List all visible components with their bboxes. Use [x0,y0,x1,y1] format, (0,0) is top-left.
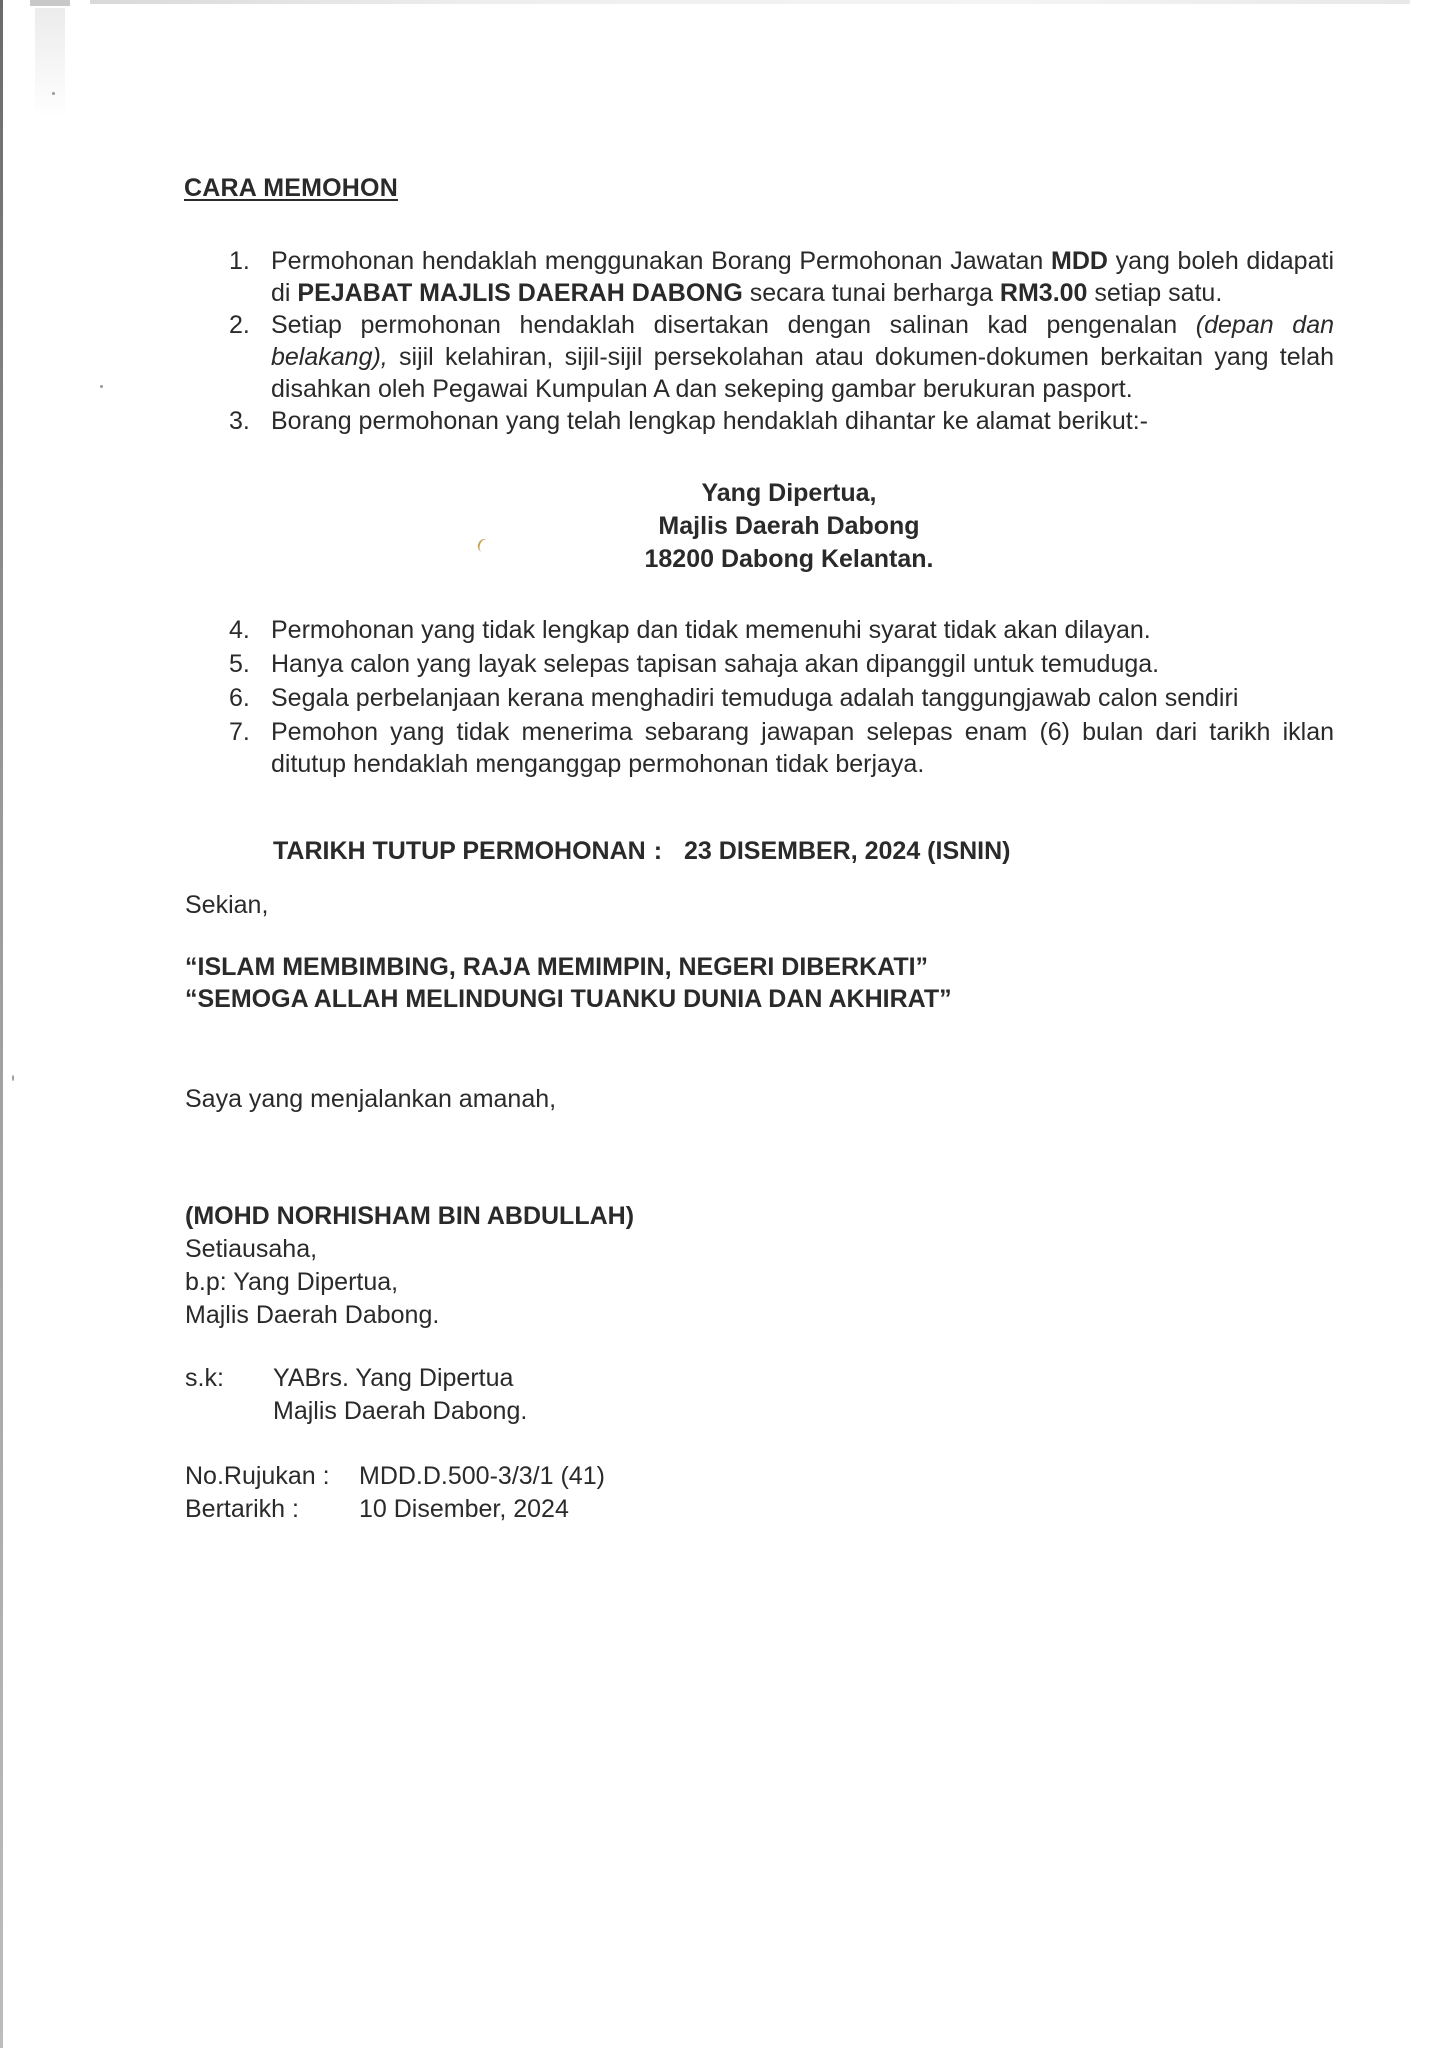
scan-blot [30,0,70,6]
item-number: 2. [229,309,250,341]
closing-word: Sekian, [184,889,1334,921]
closing-date: TARIKH TUTUP PERMOHONAN:23 DISEMBER, 202… [184,835,1334,867]
item-text: Permohonan yang tidak lengkap dan tidak … [271,616,1151,644]
condition-item-5: 5. Hanya calon yang layak selepas tapisa… [184,648,1334,680]
carbon-copy: s.k: YABrs. Yang Dipertua Majlis Daerah … [184,1362,1334,1428]
item-text: Setiap permohonan hendaklah disertakan d… [271,311,1334,403]
form-price: RM3.00 [1000,279,1088,307]
item-number: 5. [229,648,250,680]
condition-item-7: 7. Pemohon yang tidak menerima sebarang … [184,716,1334,780]
closing-date-label: TARIKH TUTUP PERMOHONAN [273,837,646,865]
item-number: 4. [229,614,250,646]
sign-off: Saya yang menjalankan amanah, [184,1083,1334,1115]
signatory-on-behalf: b.p: Yang Dipertua, [185,1266,1334,1299]
item-number: 3. [229,405,250,437]
signatory-title: Setiausaha, [185,1233,1334,1266]
reference-date-row: Bertarikh : 10 Disember, 2024 [185,1493,1334,1526]
scan-speck [100,385,103,388]
instructions-list: 1. Permohonan hendaklah menggunakan Bora… [184,245,1334,437]
date-label: Bertarikh : [185,1493,359,1526]
scan-edge-top [90,0,1410,4]
item-number: 1. [229,245,250,277]
office-name: PEJABAT MAJLIS DAERAH DABONG [297,279,742,307]
item-number: 7. [229,716,250,748]
scan-speck [12,1075,14,1081]
item-number: 6. [229,682,250,714]
text-segment: Permohonan hendaklah menggunakan Borang … [271,247,1051,275]
scan-edge-left [0,0,3,2048]
item-text: Hanya calon yang layak selepas tapisan s… [271,650,1159,678]
signatory-organization: Majlis Daerah Dabong. [185,1299,1334,1332]
reference-value: MDD.D.500-3/3/1 (41) [359,1460,605,1493]
date-value: 10 Disember, 2024 [359,1493,569,1526]
instruction-item-2: 2. Setiap permohonan hendaklah disertaka… [184,309,1334,405]
closing-date-separator: : [654,837,662,865]
instruction-item-1: 1. Permohonan hendaklah menggunakan Bora… [184,245,1334,309]
cc-line: Majlis Daerah Dabong. [273,1395,527,1428]
section-heading: CARA MEMOHON [184,172,1334,204]
text-segment: sijil kelahiran, sijil-sijil persekolaha… [271,343,1334,403]
closing-date-value: 23 DISEMBER, 2024 (ISNIN) [684,837,1011,865]
slogan-line: “ISLAM MEMBIMBING, RAJA MEMIMPIN, NEGERI… [185,951,1334,983]
document-page: CARA MEMOHON 1. Permohonan hendaklah men… [184,172,1334,1526]
slogan-line: “SEMOGA ALLAH MELINDUNGI TUANKU DUNIA DA… [185,983,1334,1015]
text-segment: Setiap permohonan hendaklah disertakan d… [271,311,1196,339]
text-segment-bold: MDD [1051,247,1108,275]
cc-label: s.k: [185,1362,273,1428]
item-text: Borang permohonan yang telah lengkap hen… [271,407,1148,435]
address-line: 18200 Dabong Kelantan. [244,543,1334,576]
item-text: Segala perbelanjaan kerana menghadiri te… [271,684,1238,712]
cc-line: YABrs. Yang Dipertua [273,1362,527,1395]
slogans: “ISLAM MEMBIMBING, RAJA MEMIMPIN, NEGERI… [184,951,1334,1015]
reference-label: No.Rujukan : [185,1460,359,1493]
address-line: Yang Dipertua, [244,477,1334,510]
scan-speck [52,92,55,95]
signatory-name: (MOHD NORHISHAM BIN ABDULLAH) [185,1200,1334,1233]
signatory-block: (MOHD NORHISHAM BIN ABDULLAH) Setiausaha… [184,1200,1334,1332]
cc-recipient: YABrs. Yang Dipertua Majlis Daerah Dabon… [273,1362,527,1428]
instruction-item-3: 3. Borang permohonan yang telah lengkap … [184,405,1334,437]
text-segment: setiap satu. [1087,279,1222,307]
scan-smudge [35,8,65,118]
reference-block: No.Rujukan : MDD.D.500-3/3/1 (41) Bertar… [184,1460,1334,1526]
item-text: Pemohon yang tidak menerima sebarang jaw… [271,718,1334,778]
mailing-address: Yang Dipertua, Majlis Daerah Dabong 1820… [184,477,1334,576]
reference-number-row: No.Rujukan : MDD.D.500-3/3/1 (41) [185,1460,1334,1493]
text-segment: secara tunai berharga [743,279,1000,307]
conditions-list: 4. Permohonan yang tidak lengkap dan tid… [184,614,1334,780]
condition-item-4: 4. Permohonan yang tidak lengkap dan tid… [184,614,1334,646]
item-text: Permohonan hendaklah menggunakan Borang … [271,247,1334,307]
address-line: Majlis Daerah Dabong [244,510,1334,543]
condition-item-6: 6. Segala perbelanjaan kerana menghadiri… [184,682,1334,714]
